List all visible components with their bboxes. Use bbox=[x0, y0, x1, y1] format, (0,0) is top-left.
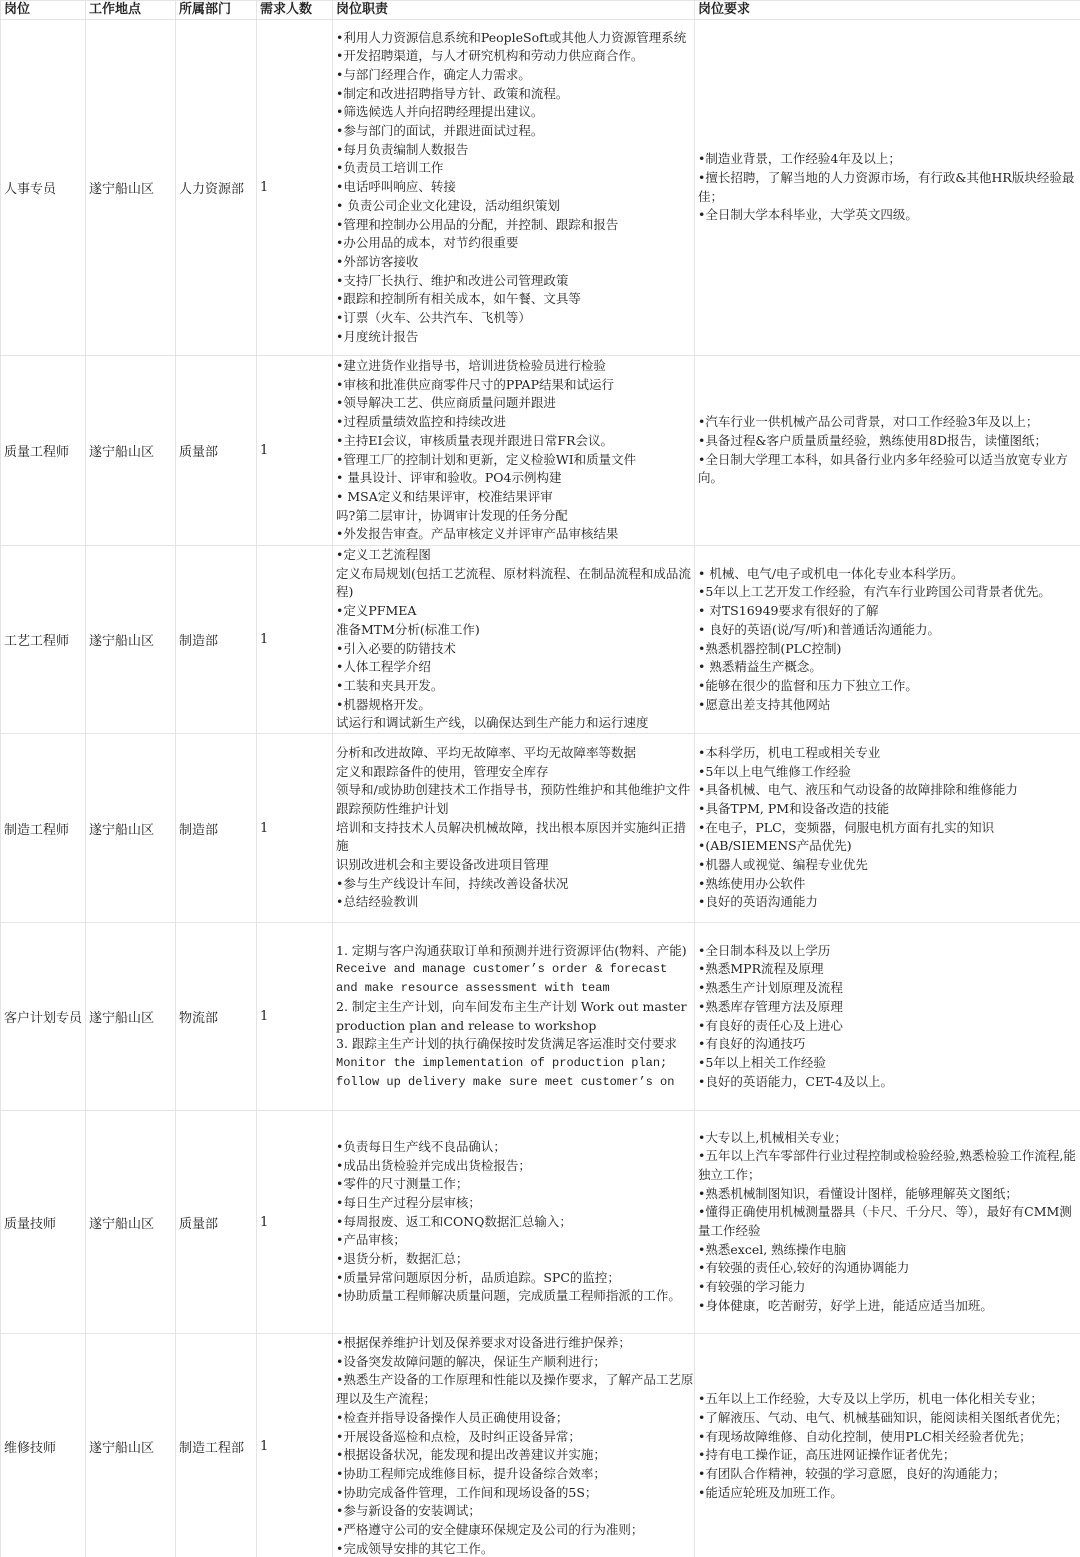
headcount-text: 1 bbox=[260, 180, 268, 195]
duties-cell[interactable]: •建立进货作业指导书，培训进货检验员进行检验•审核和批准供应商零件尺寸的PPAP… bbox=[333, 356, 695, 546]
table-row-0: 人事专员 遂宁船山区 人力资源部 1 •利用人力资源信息系统和PeopleSof… bbox=[1, 20, 1080, 356]
duties-line: •月度统计报告 bbox=[336, 328, 694, 347]
department-text: 质量部 bbox=[179, 445, 218, 460]
duties-cell[interactable]: •负责每日生产线不良品确认；•成品出货检验并完成出货检报告；•零件的尺寸测量工作… bbox=[333, 1111, 695, 1334]
position-text: 质量工程师 bbox=[4, 445, 69, 460]
duties-line: 识别改进机会和主要设备改进项目管理 bbox=[336, 856, 694, 875]
requirements-line: •熟悉机器控制(PLC控制) bbox=[698, 640, 1080, 659]
position-text: 制造工程师 bbox=[4, 823, 69, 838]
duties-line: •检查并指导设备操作人员正确使用设备； bbox=[336, 1409, 694, 1428]
table-row-4: 客户计划专员 遂宁船山区 物流部 1 1. 定期与客户沟通获取订单和预测并进行资… bbox=[1, 923, 1080, 1111]
requirements-line: •有团队合作精神，较强的学习意愿，良好的沟通能力； bbox=[698, 1465, 1080, 1484]
duties-line: •管理工厂的控制计划和更新，定义检验WI和质量文件 bbox=[336, 451, 694, 470]
header-location: 工作地点 bbox=[86, 1, 176, 20]
duties-line: 分析和改进故障、平均无故障率、平均无故障率等数据 bbox=[336, 744, 694, 763]
requirements-line: •具备机械、电气、液压和气动设备的故障排除和维修能力 bbox=[698, 781, 1080, 800]
requirements-line: •本科学历，机电工程或相关专业 bbox=[698, 744, 1080, 763]
requirements-line: •制造业背景，工作经验4年及以上； bbox=[698, 150, 1080, 169]
headcount-cell[interactable]: 1 bbox=[257, 546, 333, 734]
duties-line: •协助完成备件管理，工作间和现场设备的5S； bbox=[336, 1484, 694, 1503]
requirements-line: •熟悉生产计划原理及流程 bbox=[698, 979, 1080, 998]
department-cell[interactable]: 质量部 bbox=[176, 1111, 257, 1334]
table-row-6: 维修技师 遂宁船山区 制造工程部 1 •根据保养维护计划及保养要求对设备进行维护… bbox=[1, 1334, 1080, 1557]
duties-line: 吗?第二层审计，协调审计发现的任务分配 bbox=[336, 507, 694, 526]
requirements-line: •在电子，PLC，变频器，伺服电机方面有扎实的知识 bbox=[698, 819, 1080, 838]
duties-line: 2. 制定主生产计划，向车间发布主生产计划 Work out master pr… bbox=[336, 998, 694, 1035]
requirements-line: •了解液压、气动、电气、机械基础知识，能阅读相关图纸者优先； bbox=[698, 1409, 1080, 1428]
duties-line: •领导解决工艺、供应商质量问题并跟进 bbox=[336, 394, 694, 413]
duties-cell[interactable]: 分析和改进故障、平均无故障率、平均无故障率等数据定义和跟踪备件的使用，管理安全库… bbox=[333, 734, 695, 923]
duties-line: •熟悉生产设备的工作原理和性能以及操作要求，了解产品工艺原理以及生产流程； bbox=[336, 1371, 694, 1408]
duties-line: •与部门经理合作，确定人力需求。 bbox=[336, 66, 694, 85]
requirements-line: •汽车行业一供机械产品公司背景，对口工作经验3年及以上； bbox=[698, 413, 1080, 432]
requirements-line: •5年以上电气维修工作经验 bbox=[698, 763, 1080, 782]
duties-line: •每日生产过程分层审核； bbox=[336, 1194, 694, 1213]
department-text: 质量部 bbox=[179, 1217, 218, 1232]
duties-line: 定义布局规划(包括工艺流程、原材料流程、在制品流程和成品流程) bbox=[336, 565, 694, 602]
requirements-line: •能适应轮班及加班工作。 bbox=[698, 1484, 1080, 1503]
headcount-text: 1 bbox=[260, 1009, 268, 1024]
job-listings-table: 岗位 工作地点 所属部门 需求人数 岗位职责 岗位要求 人事专员 遂宁船山区 人… bbox=[0, 0, 1080, 1557]
requirements-line: • 对TS16949要求有很好的了解 bbox=[698, 602, 1080, 621]
duties-line: •开展设备巡检和点检，及时纠正设备异常； bbox=[336, 1428, 694, 1447]
department-text: 人力资源部 bbox=[179, 182, 244, 197]
duties-line: •主持EI会议，审核质量表现并跟进日常FR会议。 bbox=[336, 432, 694, 451]
requirements-line: •五年以上汽车零部件行业过程控制或检验经验,熟悉检验工作流程,能独立工作； bbox=[698, 1147, 1080, 1184]
location-text: 遂宁船山区 bbox=[89, 182, 154, 197]
duties-line: •参与新设备的安装调试； bbox=[336, 1502, 694, 1521]
duties-line: •支持厂长执行、维护和改进公司管理政策 bbox=[336, 272, 694, 291]
requirements-line: • 良好的英语(说/写/听)和普通话沟通能力。 bbox=[698, 621, 1080, 640]
department-cell[interactable]: 制造部 bbox=[176, 734, 257, 923]
headcount-text: 1 bbox=[260, 821, 268, 836]
requirements-line: •熟悉机械制图知识，看懂设计图样，能够理解英文图纸； bbox=[698, 1185, 1080, 1204]
requirements-line: •熟练使用办公软件 bbox=[698, 875, 1080, 894]
duties-line: •成品出货检验并完成出货检报告； bbox=[336, 1157, 694, 1176]
requirements-line: •身体健康，吃苦耐劳，好学上进，能适应适当加班。 bbox=[698, 1297, 1080, 1316]
position-cell[interactable]: 人事专员 bbox=[1, 20, 86, 356]
location-text: 遂宁船山区 bbox=[89, 823, 154, 838]
location-cell[interactable]: 遂宁船山区 bbox=[86, 1111, 176, 1334]
requirements-line: •懂得正确使用机械测量器具（卡尺、千分尺、等），最好有CMM测量工作经验 bbox=[698, 1203, 1080, 1240]
requirements-line: • 机械、电气/电子或机电一体化专业本科学历。 bbox=[698, 565, 1080, 584]
duties-line: 准备MTM分析(标准工作) bbox=[336, 621, 694, 640]
duties-line: •工装和夹具开发。 bbox=[336, 677, 694, 696]
duties-line: •退货分析，数据汇总； bbox=[336, 1250, 694, 1269]
header-requirements: 岗位要求 bbox=[695, 1, 1080, 20]
department-cell[interactable]: 物流部 bbox=[176, 923, 257, 1111]
duties-line: •外发报告审查。产品审核定义并评审产品审核结果 bbox=[336, 525, 694, 544]
requirements-line: •有较强的责任心,较好的沟通协调能力 bbox=[698, 1259, 1080, 1278]
duties-line: •人体工程学介绍 bbox=[336, 658, 694, 677]
location-cell[interactable]: 遂宁船山区 bbox=[86, 546, 176, 734]
duties-line: •负责员工培训工作 bbox=[336, 159, 694, 178]
duties-line: •利用人力资源信息系统和PeopleSoft或其他人力资源管理系统 bbox=[336, 29, 694, 48]
position-cell[interactable]: 质量工程师 bbox=[1, 356, 86, 546]
requirements-line: •有良好的责任心及上进心 bbox=[698, 1017, 1080, 1036]
duties-line: •订票（火车、公共汽车、飞机等） bbox=[336, 309, 694, 328]
requirements-line: •有较强的学习能力 bbox=[698, 1278, 1080, 1297]
duties-line: 跟踪预防性维护计划 bbox=[336, 800, 694, 819]
headcount-text: 1 bbox=[260, 1439, 268, 1454]
duties-line: •零件的尺寸测量工作； bbox=[336, 1175, 694, 1194]
table-row-3: 制造工程师 遂宁船山区 制造部 1 分析和改进故障、平均无故障率、平均无故障率等… bbox=[1, 734, 1080, 923]
duties-cell[interactable]: •利用人力资源信息系统和PeopleSoft或其他人力资源管理系统•开发招聘渠道… bbox=[333, 20, 695, 356]
location-cell[interactable]: 遂宁船山区 bbox=[86, 734, 176, 923]
requirements-line: •全日制大学本科毕业，大学英文四级。 bbox=[698, 206, 1080, 225]
duties-line: •质量异常问题原因分析，品质追踪。SPC的监控； bbox=[336, 1269, 694, 1288]
headcount-cell[interactable]: 1 bbox=[257, 1334, 333, 1557]
requirements-line: •擅长招聘，了解当地的人力资源市场，有行政&其他HR版块经验最佳； bbox=[698, 169, 1080, 206]
department-cell[interactable]: 人力资源部 bbox=[176, 20, 257, 356]
duties-cell[interactable]: •定义工艺流程图定义布局规划(包括工艺流程、原材料流程、在制品流程和成品流程)•… bbox=[333, 546, 695, 734]
duties-line: •机器规格开发。 bbox=[336, 696, 694, 715]
requirements-cell[interactable]: •本科学历，机电工程或相关专业•5年以上电气维修工作经验•具备机械、电气、液压和… bbox=[695, 734, 1080, 923]
duties-line: •外部访客接收 bbox=[336, 253, 694, 272]
position-cell[interactable]: 维修技师 bbox=[1, 1334, 86, 1557]
duties-line: 1. 定期与客户沟通获取订单和预测并进行资源评估(物料、产能) bbox=[336, 942, 694, 961]
duties-line: 定义和跟踪备件的使用，管理安全库存 bbox=[336, 763, 694, 782]
position-cell[interactable]: 工艺工程师 bbox=[1, 546, 86, 734]
duties-line: •协助质量工程师解决质量问题，完成质量工程师指派的工作。 bbox=[336, 1287, 694, 1306]
headcount-cell[interactable]: 1 bbox=[257, 356, 333, 546]
position-text: 客户计划专员 bbox=[4, 1011, 82, 1026]
requirements-cell[interactable]: • 机械、电气/电子或机电一体化专业本科学历。•5年以上工艺开发工作经验，有汽车… bbox=[695, 546, 1080, 734]
duties-line: 试运行和调试新生产线，以确保达到生产能力和运行速度 bbox=[336, 714, 694, 733]
location-text: 遂宁船山区 bbox=[89, 1217, 154, 1232]
header-department: 所属部门 bbox=[176, 1, 257, 20]
requirements-line: •有良好的沟通技巧 bbox=[698, 1035, 1080, 1054]
duties-line: •管理和控制办公用品的分配，并控制、跟踪和报告 bbox=[336, 216, 694, 235]
requirements-line: •有现场故障维修、自动化控制，使用PLC相关经验者优先； bbox=[698, 1428, 1080, 1447]
requirements-line: •持有电工操作证，高压进网证操作证者优先； bbox=[698, 1446, 1080, 1465]
duties-line: •办公用品的成本，对节约很重要 bbox=[336, 234, 694, 253]
location-text: 遂宁船山区 bbox=[89, 445, 154, 460]
requirements-cell[interactable]: •大专以上,机械相关专业；•五年以上汽车零部件行业过程控制或检验经验,熟悉检验工… bbox=[695, 1111, 1080, 1334]
requirements-line: •五年以上工作经验，大专及以上学历，机电一体化相关专业； bbox=[698, 1390, 1080, 1409]
duties-line: •电话呼叫响应、转接 bbox=[336, 178, 694, 197]
table-row-1: 质量工程师 遂宁船山区 质量部 1 •建立进货作业指导书，培训进货检验员进行检验… bbox=[1, 356, 1080, 546]
department-text: 物流部 bbox=[179, 1011, 218, 1026]
headcount-cell[interactable]: 1 bbox=[257, 734, 333, 923]
duties-line: Monitor the implementation of production… bbox=[336, 1054, 694, 1091]
duties-line: 培训和支持技术人员解决机械故障，找出根本原因并实施纠正措施 bbox=[336, 819, 694, 856]
location-cell[interactable]: 遂宁船山区 bbox=[86, 1334, 176, 1557]
duties-line: Receive and manage customer’s order & fo… bbox=[336, 960, 694, 997]
location-cell[interactable]: 遂宁船山区 bbox=[86, 923, 176, 1111]
duties-line: •负责每日生产线不良品确认； bbox=[336, 1138, 694, 1157]
requirements-cell[interactable]: •全日制本科及以上学历•熟悉MPR流程及原理•熟悉生产计划原理及流程•熟悉库存管… bbox=[695, 923, 1080, 1111]
duties-line: • MSA定义和结果评审，校准结果评审 bbox=[336, 488, 694, 507]
header-row: 岗位 工作地点 所属部门 需求人数 岗位职责 岗位要求 bbox=[1, 1, 1080, 20]
duties-line: •产品审核； bbox=[336, 1231, 694, 1250]
requirements-line: •熟悉库存管理方法及原理 bbox=[698, 998, 1080, 1017]
duties-line: •参与生产线设计车间，持续改善设备状况 bbox=[336, 875, 694, 894]
requirements-cell[interactable]: •五年以上工作经验，大专及以上学历，机电一体化相关专业；•了解液压、气动、电气、… bbox=[695, 1334, 1080, 1557]
duties-line: •设备突发故障问题的解决，保证生产顺利进行； bbox=[336, 1353, 694, 1372]
department-text: 制造部 bbox=[179, 823, 218, 838]
requirements-line: •全日制本科及以上学历 bbox=[698, 942, 1080, 961]
requirements-line: •5年以上相关工作经验 bbox=[698, 1054, 1080, 1073]
position-text: 工艺工程师 bbox=[4, 634, 69, 649]
headcount-cell[interactable]: 1 bbox=[257, 923, 333, 1111]
duties-line: •跟踪和控制所有相关成本，如午餐、文具等 bbox=[336, 290, 694, 309]
duties-line: 3. 跟踪主生产计划的执行确保按时发货满足客运准时交付要求 bbox=[336, 1035, 694, 1054]
duties-line: •参与部门的面试，并跟进面试过程。 bbox=[336, 122, 694, 141]
position-text: 质量技师 bbox=[4, 1217, 56, 1232]
duties-line: •定义PFMEA bbox=[336, 602, 694, 621]
headcount-text: 1 bbox=[260, 632, 268, 647]
duties-line: •每月负责编制人数报告 bbox=[336, 141, 694, 160]
duties-line: •严格遵守公司的安全健康环保规定及公司的行为准则； bbox=[336, 1521, 694, 1540]
requirements-line: •良好的英语能力，CET-4及以上。 bbox=[698, 1073, 1080, 1092]
location-text: 遂宁船山区 bbox=[89, 1011, 154, 1026]
department-cell[interactable]: 制造部 bbox=[176, 546, 257, 734]
duties-line: •完成领导安排的其它工作。 bbox=[336, 1540, 694, 1557]
duties-line: •协助工程师完成维修目标，提升设备综合效率； bbox=[336, 1465, 694, 1484]
duties-line: •根据保养维护计划及保养要求对设备进行维护保养； bbox=[336, 1334, 694, 1353]
duties-line: •筛选候选人并向招聘经理提出建议。 bbox=[336, 103, 694, 122]
duties-cell[interactable]: 1. 定期与客户沟通获取订单和预测并进行资源评估(物料、产能)Receive a… bbox=[333, 923, 695, 1111]
duties-line: •开发招聘渠道，与人才研究机构和劳动力供应商合作。 bbox=[336, 47, 694, 66]
requirements-line: •熟悉MPR流程及原理 bbox=[698, 960, 1080, 979]
requirements-line: •熟悉excel, 熟练操作电脑 bbox=[698, 1241, 1080, 1260]
duties-line: •建立进货作业指导书，培训进货检验员进行检验 bbox=[336, 357, 694, 376]
duties-line: •过程质量绩效监控和持续改进 bbox=[336, 413, 694, 432]
headcount-text: 1 bbox=[260, 1215, 268, 1230]
duties-line: •根据设备状况，能发现和提出改善建议并实施； bbox=[336, 1446, 694, 1465]
position-cell[interactable]: 客户计划专员 bbox=[1, 923, 86, 1111]
location-text: 遂宁船山区 bbox=[89, 1441, 154, 1456]
duties-line: •定义工艺流程图 bbox=[336, 546, 694, 565]
duties-cell[interactable]: •根据保养维护计划及保养要求对设备进行维护保养；•设备突发故障问题的解决，保证生… bbox=[333, 1334, 695, 1557]
table-row-5: 质量技师 遂宁船山区 质量部 1 •负责每日生产线不良品确认；•成品出货检验并完… bbox=[1, 1111, 1080, 1334]
location-cell[interactable]: 遂宁船山区 bbox=[86, 356, 176, 546]
header-headcount: 需求人数 bbox=[257, 1, 333, 20]
header-duties: 岗位职责 bbox=[333, 1, 695, 20]
requirements-line: •5年以上工艺开发工作经验，有汽车行业跨国公司背景者优先。 bbox=[698, 583, 1080, 602]
department-cell[interactable]: 质量部 bbox=[176, 356, 257, 546]
duties-line: • 负责公司企业文化建设，活动组织策划 bbox=[336, 197, 694, 216]
requirements-line: •能够在很少的监督和压力下独立工作。 bbox=[698, 677, 1080, 696]
requirements-line: •大专以上,机械相关专业； bbox=[698, 1129, 1080, 1148]
table-row-2: 工艺工程师 遂宁船山区 制造部 1 •定义工艺流程图定义布局规划(包括工艺流程、… bbox=[1, 546, 1080, 734]
headcount-cell[interactable]: 1 bbox=[257, 20, 333, 356]
duties-line: • 量具设计、评审和验收。PO4示例构建 bbox=[336, 469, 694, 488]
requirements-line: • 熟悉精益生产概念。 bbox=[698, 658, 1080, 677]
requirements-line: •全日制大学理工本科，如具备行业内多年经验可以适当放宽专业方向。 bbox=[698, 451, 1080, 488]
location-cell[interactable]: 遂宁船山区 bbox=[86, 20, 176, 356]
requirements-line: •(AB/SIEMENS产品优先) bbox=[698, 837, 1080, 856]
duties-line: •制定和改进招聘指导方针、政策和流程。 bbox=[336, 85, 694, 104]
requirements-line: •良好的英语沟通能力 bbox=[698, 893, 1080, 912]
headcount-text: 1 bbox=[260, 443, 268, 458]
requirements-line: •具备TPM, PM和设备改造的技能 bbox=[698, 800, 1080, 819]
duties-line: •引入必要的防错技术 bbox=[336, 640, 694, 659]
requirements-line: •机器人或视觉、编程专业优先 bbox=[698, 856, 1080, 875]
department-text: 制造工程部 bbox=[179, 1441, 244, 1456]
position-text: 人事专员 bbox=[4, 182, 56, 197]
requirements-cell[interactable]: •制造业背景，工作经验4年及以上；•擅长招聘，了解当地的人力资源市场，有行政&其… bbox=[695, 20, 1080, 356]
duties-line: •审核和批准供应商零件尺寸的PPAP结果和试运行 bbox=[336, 376, 694, 395]
department-cell[interactable]: 制造工程部 bbox=[176, 1334, 257, 1557]
position-cell[interactable]: 制造工程师 bbox=[1, 734, 86, 923]
headcount-cell[interactable]: 1 bbox=[257, 1111, 333, 1334]
position-cell[interactable]: 质量技师 bbox=[1, 1111, 86, 1334]
requirements-line: •愿意出差支持其他网站 bbox=[698, 696, 1080, 715]
duties-line: 领导和/或协助创建技术工作指导书，预防性维护和其他维护文件 bbox=[336, 781, 694, 800]
duties-line: •每周报废、返工和CONQ数据汇总输入； bbox=[336, 1213, 694, 1232]
requirements-cell[interactable]: •汽车行业一供机械产品公司背景，对口工作经验3年及以上；•具备过程&客户质量质量… bbox=[695, 356, 1080, 546]
position-text: 维修技师 bbox=[4, 1441, 56, 1456]
department-text: 制造部 bbox=[179, 634, 218, 649]
header-position: 岗位 bbox=[1, 1, 86, 20]
requirements-line: •具备过程&客户质量质量经验，熟练使用8D报告，读懂图纸； bbox=[698, 432, 1080, 451]
location-text: 遂宁船山区 bbox=[89, 634, 154, 649]
duties-line: •总结经验教训 bbox=[336, 893, 694, 912]
